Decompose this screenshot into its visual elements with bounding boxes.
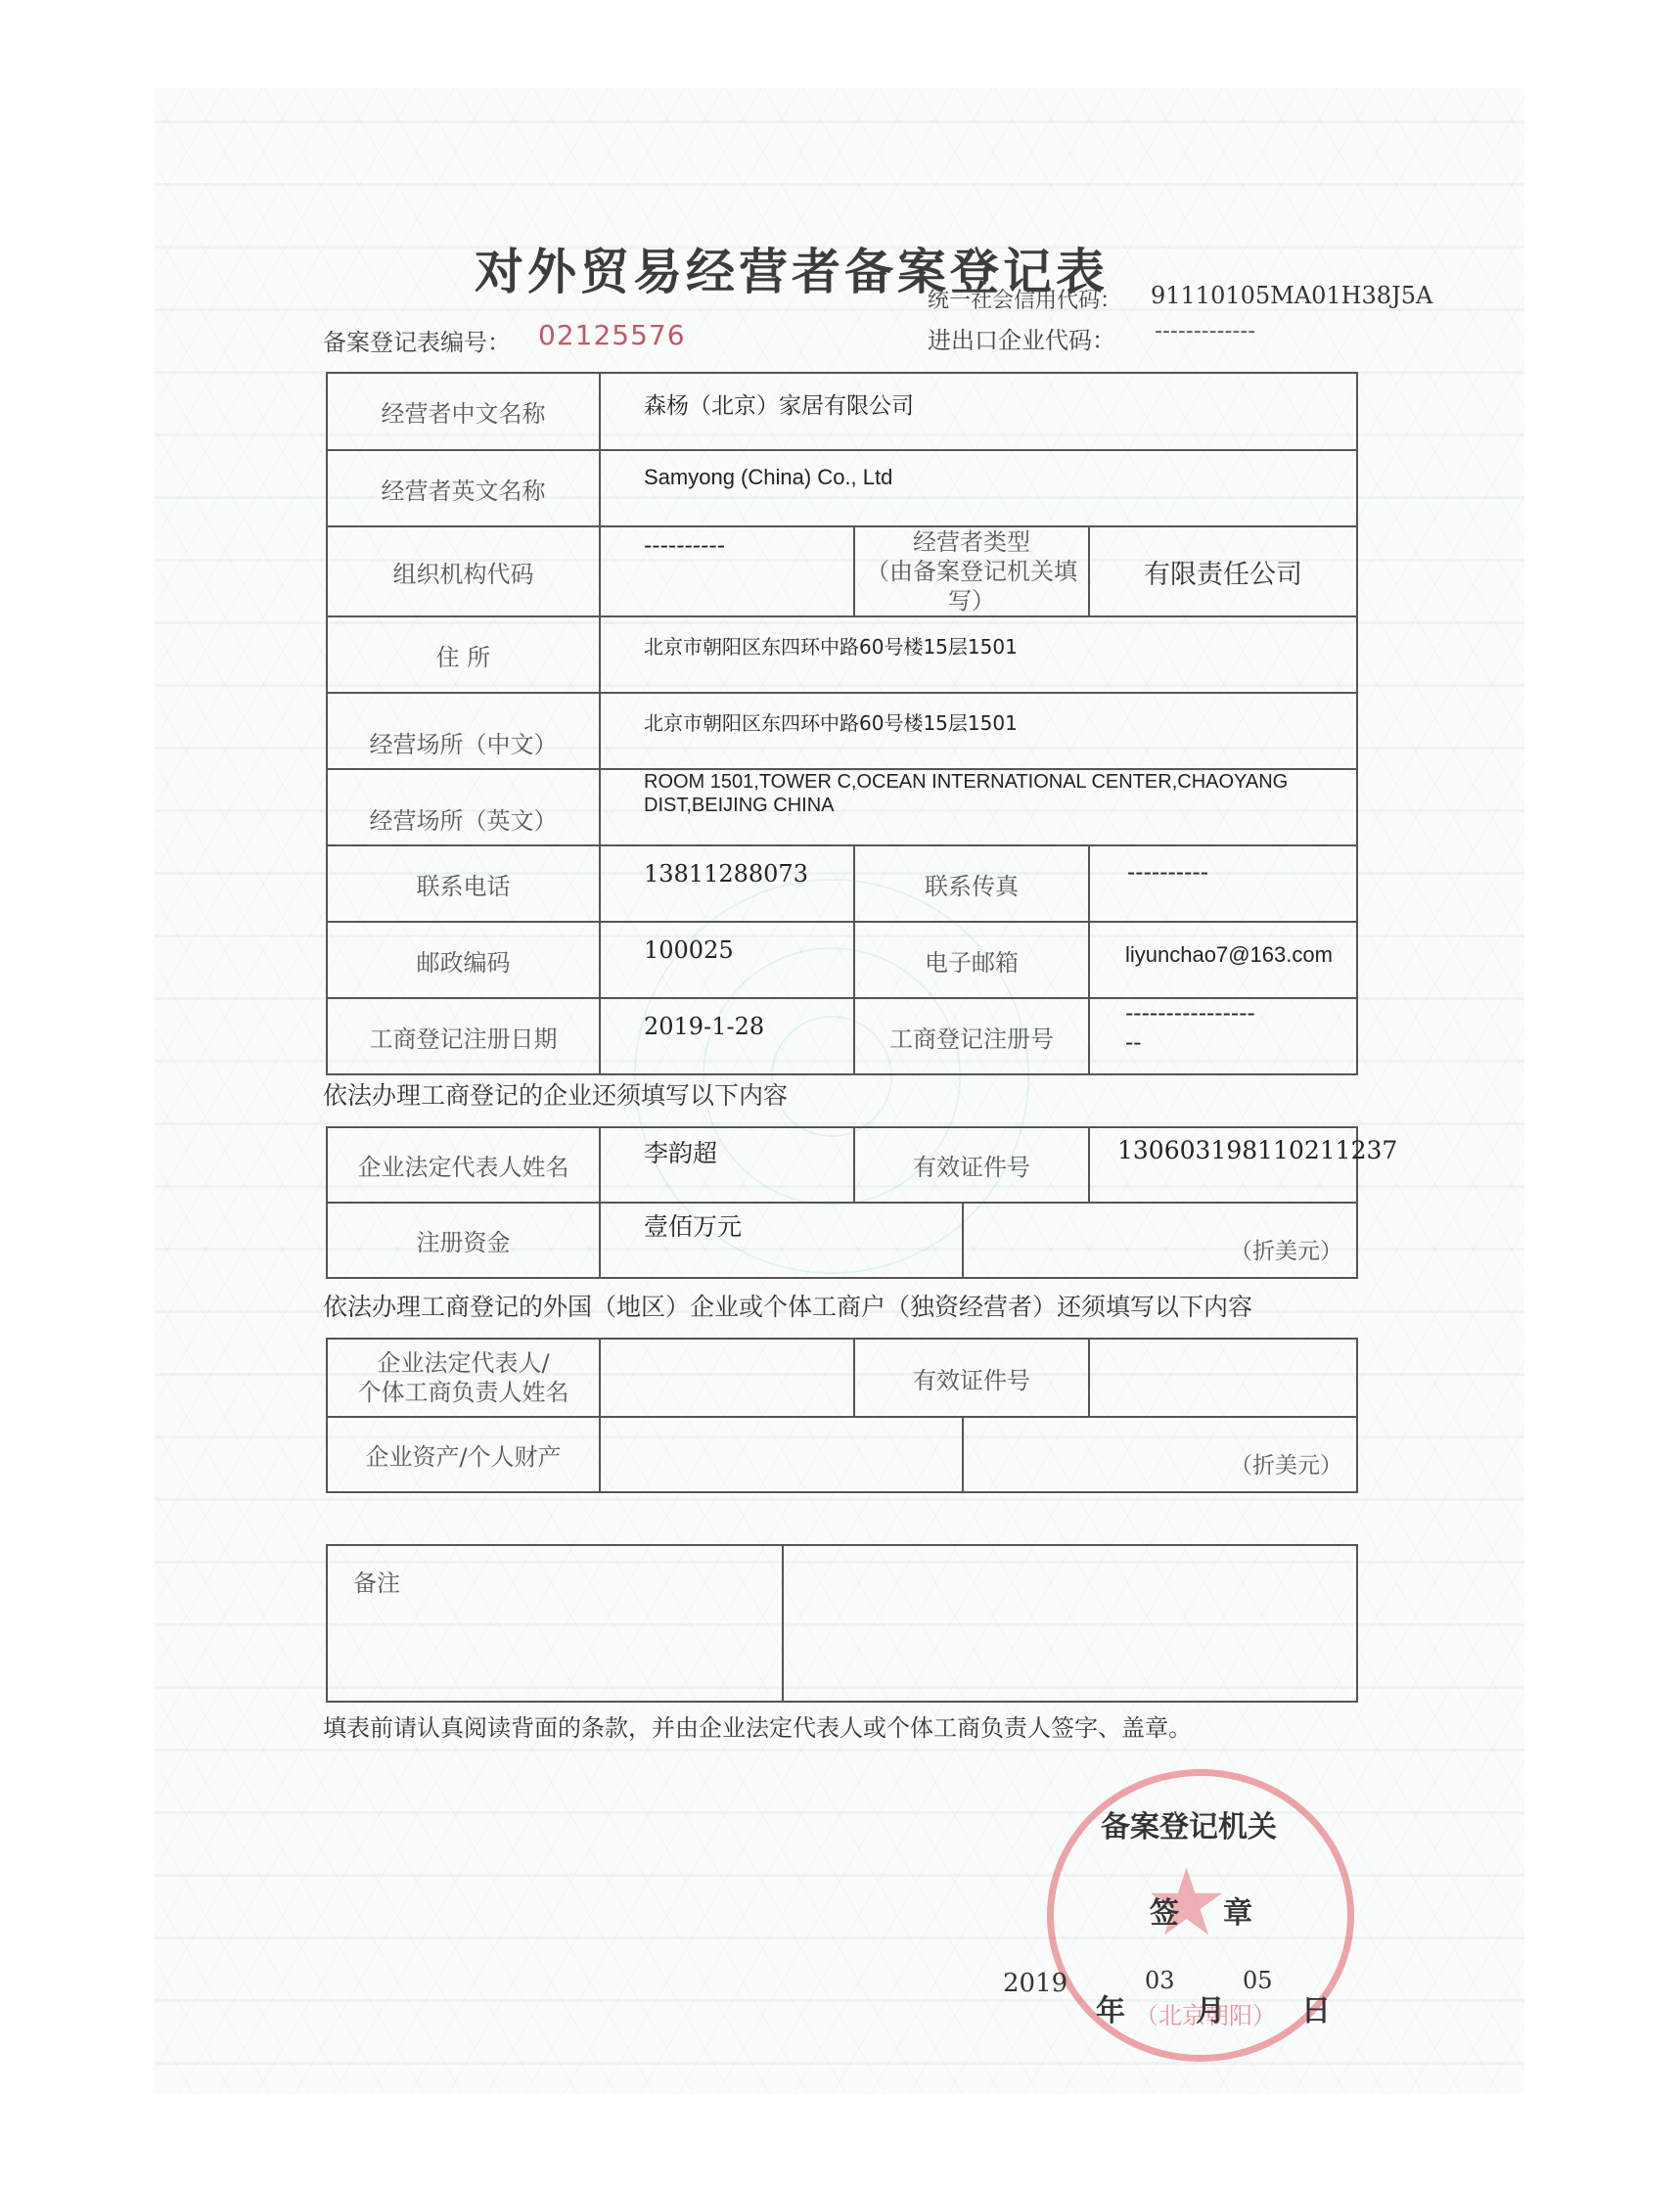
capital-label: 注册资金 [327, 1203, 600, 1278]
email-value: liyunchao7@163.com [1089, 922, 1357, 998]
footer-note: 填表前请认真阅读背面的条款，并由企业法定代表人或个体工商负责人签字、盖章。 [323, 1708, 1192, 1743]
assets-usd-label: （折美元） [963, 1417, 1357, 1492]
credit-code-label: 统一社会信用代码： [928, 284, 1121, 314]
en-name-label: 经营者英文名称 [327, 450, 600, 526]
reg-no-line1: ---------------- [1125, 999, 1356, 1028]
import-export-code-label: 进出口企业代码： [928, 321, 1115, 355]
premises-en-label: 经营场所（英文） [327, 769, 600, 845]
assets-value [600, 1417, 963, 1492]
legal-rep-value: 李韵超 [600, 1127, 854, 1203]
id-label: 有效证件号 [854, 1127, 1089, 1203]
postcode-value: 100025 [600, 922, 854, 998]
remarks-value [783, 1545, 1357, 1702]
reg-date-value: 2019-1-28 [600, 998, 854, 1074]
fax-label: 联系传真 [854, 845, 1089, 922]
foreign-individual-table: 企业法定代表人/ 个体工商负责人姓名 有效证件号 企业资产/个人财产 （折美元） [326, 1338, 1358, 1493]
remarks-table: 备注 [326, 1544, 1358, 1703]
sign-year: 2019 [1003, 1969, 1067, 1998]
foreign-id-label: 有效证件号 [854, 1339, 1089, 1417]
postcode-label: 邮政编码 [327, 922, 600, 998]
en-name-value: Samyong (China) Co., Ltd [600, 450, 1357, 526]
section2-heading: 依法办理工商登记的企业还须填写以下内容 [323, 1076, 788, 1112]
foreign-id-value [1089, 1339, 1357, 1417]
org-code-label: 组织机构代码 [327, 526, 600, 616]
premises-cn-label: 经营场所（中文） [327, 693, 600, 769]
main-info-table: 经营者中文名称 森杨（北京）家居有限公司 经营者英文名称 Samyong (Ch… [326, 372, 1358, 1075]
operator-type-label-line2: （由备案登记机关填写） [855, 557, 1088, 615]
capital-value: 壹佰万元 [600, 1203, 963, 1278]
legal-rep-label: 企业法定代表人姓名 [327, 1127, 600, 1203]
operator-type-label-line1: 经营者类型 [855, 527, 1088, 557]
rep-label: 企业法定代表人/ 个体工商负责人姓名 [327, 1339, 600, 1417]
reg-no-label: 工商登记注册号 [854, 998, 1089, 1074]
premises-en-line2: DIST,BEIJING CHINA [644, 794, 1356, 817]
seal-label-stamp: 章 [1223, 1889, 1252, 1932]
premises-cn-value: 北京市朝阳区东四环中路60号楼15层1501 [600, 693, 1357, 769]
year-label: 年 [1096, 1986, 1125, 2029]
org-code-value: ---------- [600, 526, 854, 616]
capital-usd-label: （折美元） [963, 1203, 1357, 1278]
address-value: 北京市朝阳区东四环中路60号楼15层1501 [600, 616, 1357, 693]
cn-name-label: 经营者中文名称 [327, 373, 600, 450]
credit-code-value: 91110105MA01H38J5A [1151, 282, 1432, 309]
id-value: 130603198110211237 [1089, 1127, 1357, 1203]
phone-label: 联系电话 [327, 845, 600, 922]
premises-en-line1: ROOM 1501,TOWER C,OCEAN INTERNATIONAL CE… [644, 770, 1356, 794]
section3-heading: 依法办理工商登记的外国（地区）企业或个体工商户（独资经营者）还须填写以下内容 [323, 1288, 1252, 1323]
fax-value: ---------- [1089, 845, 1357, 922]
form-number-label: 备案登记表编号： [323, 323, 511, 357]
assets-label: 企业资产/个人财产 [327, 1417, 600, 1492]
sign-day: 05 [1243, 1967, 1273, 1994]
day-label: 日 [1301, 1986, 1331, 2029]
seal-label-sign: 签 [1150, 1889, 1179, 1932]
import-export-code-value: ------------- [1155, 319, 1255, 343]
rep-value [600, 1339, 854, 1417]
form-number-value: 02125576 [538, 319, 686, 351]
address-label: 住 所 [327, 616, 600, 693]
rep-label-line1: 企业法定代表人/ [328, 1348, 599, 1378]
operator-type-value: 有限责任公司 [1089, 526, 1357, 616]
rep-label-line2: 个体工商负责人姓名 [328, 1378, 599, 1407]
authority-label: 备案登记机关 [1101, 1802, 1277, 1845]
month-label: 月 [1196, 1986, 1225, 2029]
operator-type-label: 经营者类型 （由备案登记机关填写） [854, 526, 1089, 616]
enterprise-table: 企业法定代表人姓名 李韵超 有效证件号 130603198110211237 注… [326, 1126, 1358, 1279]
premises-en-value: ROOM 1501,TOWER C,OCEAN INTERNATIONAL CE… [600, 769, 1357, 845]
sign-month: 03 [1145, 1967, 1175, 1994]
cn-name-value: 森杨（北京）家居有限公司 [600, 373, 1357, 450]
email-label: 电子邮箱 [854, 922, 1089, 998]
reg-no-line2: -- [1125, 1028, 1356, 1058]
remarks-label: 备注 [327, 1545, 783, 1702]
reg-date-label: 工商登记注册日期 [327, 998, 600, 1074]
reg-no-value: ---------------- -- [1089, 998, 1357, 1074]
phone-value: 13811288073 [600, 845, 854, 922]
